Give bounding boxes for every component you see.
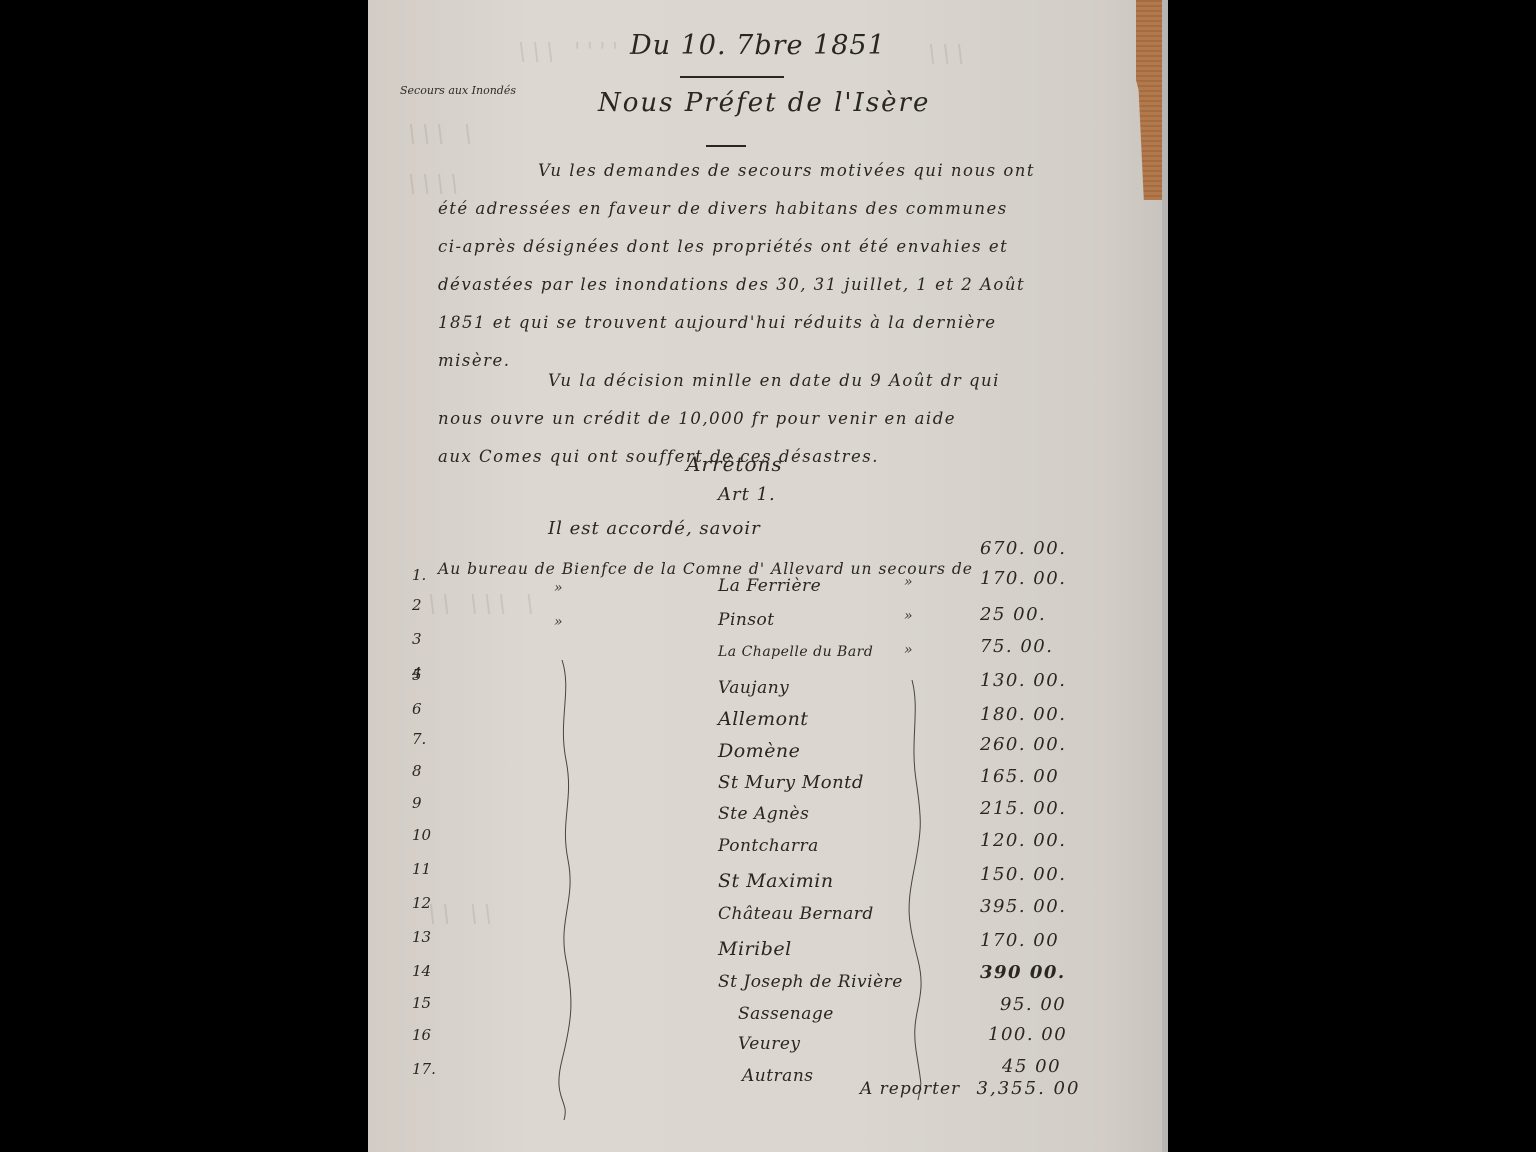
ditto-mark: » bbox=[554, 580, 563, 596]
row-number: 16 bbox=[412, 1026, 431, 1044]
paragraph-line: 1851 et qui se trouvent aujourd'hui rédu… bbox=[438, 304, 1035, 342]
ditto-brace-left-icon bbox=[558, 660, 576, 1120]
row-number: 8 bbox=[412, 762, 422, 780]
article-heading: Art 1. bbox=[718, 484, 776, 505]
row-number: 13 bbox=[412, 928, 431, 946]
carry-forward-total: A reporter 3,355. 00 bbox=[860, 1078, 1080, 1099]
row-amount: 390 00. bbox=[980, 962, 1066, 983]
row-amount: 165. 00 bbox=[980, 766, 1059, 787]
bleed-through-mark: \\\ '''' bbox=[518, 38, 624, 66]
row-amount: 670. 00. bbox=[980, 538, 1066, 559]
carry-forward-amount: 3,355. 00 bbox=[977, 1078, 1081, 1099]
row-amount: 120. 00. bbox=[980, 830, 1066, 851]
paragraph-line: nous ouvre un crédit de 10,000 fr pour v… bbox=[438, 400, 1000, 438]
row-amount: 130. 00. bbox=[980, 670, 1066, 691]
row-amount: 215. 00. bbox=[980, 798, 1066, 819]
row-commune: Sassenage bbox=[738, 1004, 834, 1024]
ditto-mark: » bbox=[904, 574, 913, 590]
paragraph-line: dévastées par les inondations des 30, 31… bbox=[438, 266, 1035, 304]
row-number: 10 bbox=[412, 826, 431, 844]
document-title: Nous Préfet de l'Isère bbox=[598, 88, 930, 118]
row-commune: Pinsot bbox=[718, 610, 775, 630]
document-date: Du 10. 7bre 1851 bbox=[630, 30, 886, 61]
row-number: 7. bbox=[412, 730, 426, 748]
row-commune: St Mury Montd bbox=[718, 772, 864, 793]
row-number: 1. bbox=[412, 566, 426, 584]
row-commune: Ste Agnès bbox=[718, 804, 809, 824]
row-commune: Miribel bbox=[718, 938, 792, 960]
row-number: 12 bbox=[412, 894, 431, 912]
row-commune: Domène bbox=[718, 740, 800, 762]
row-commune: Autrans bbox=[742, 1066, 814, 1086]
row-number: 5 bbox=[412, 666, 422, 684]
paragraph-line: ci-après désignées dont les propriétés o… bbox=[438, 228, 1035, 266]
row-number: 9 bbox=[412, 794, 422, 812]
row-amount: 150. 00. bbox=[980, 864, 1066, 885]
row-commune: Veurey bbox=[738, 1034, 801, 1054]
row-amount: 260. 00. bbox=[980, 734, 1066, 755]
row-commune: Vaujany bbox=[718, 678, 789, 698]
preamble-paragraph-1: Vu les demandes de secours motivées qui … bbox=[438, 152, 1035, 380]
row-commune: Allemont bbox=[718, 708, 808, 730]
date-underline bbox=[680, 76, 784, 78]
manuscript-page: \\\ '''' \\\ \\\ \ \\\\ \\ \\\ \ \\ \\ S… bbox=[368, 0, 1168, 1152]
paragraph-line: Vu les demandes de secours motivées qui … bbox=[438, 152, 1035, 190]
row-number: 6 bbox=[412, 700, 422, 718]
row-amount: 95. 00 bbox=[1000, 994, 1066, 1015]
bleed-through-mark: \\\ \ bbox=[408, 120, 478, 148]
row-number: 15 bbox=[412, 994, 431, 1012]
photo-frame: \\\ '''' \\\ \\\ \ \\\\ \\ \\\ \ \\ \\ S… bbox=[368, 0, 1168, 1152]
bleed-through-mark: \\\ bbox=[928, 40, 970, 68]
ditto-brace-right-icon bbox=[908, 680, 926, 1100]
article-intro: Il est accordé, savoir bbox=[548, 518, 761, 539]
decree-heading: Arrêtons bbox=[686, 452, 783, 476]
row-commune: Château Bernard bbox=[718, 904, 874, 924]
row-amount: 25 00. bbox=[980, 604, 1046, 625]
row-amount: 170. 00 bbox=[980, 930, 1059, 951]
paragraph-line: Vu la décision minlle en date du 9 Août … bbox=[438, 362, 1000, 400]
row-commune: St Joseph de Rivière bbox=[718, 972, 903, 992]
ditto-mark: » bbox=[904, 608, 913, 624]
row-amount: 75. 00. bbox=[980, 636, 1053, 657]
paragraph-line: été adressées en faveur de divers habita… bbox=[438, 190, 1035, 228]
row-commune: Pontcharra bbox=[718, 836, 819, 856]
ditto-mark: » bbox=[554, 614, 563, 630]
row-number: 2 bbox=[412, 596, 422, 614]
row-commune: La Ferrière bbox=[718, 576, 821, 596]
ditto-mark: » bbox=[904, 642, 913, 658]
margin-note: Secours aux Inondés bbox=[400, 84, 516, 97]
row-number: 17. bbox=[412, 1060, 436, 1078]
row-amount: 180. 00. bbox=[980, 704, 1066, 725]
row-lead-text: Au bureau de Bienfce de la Comne d' Alle… bbox=[438, 560, 973, 578]
row-amount: 395. 00. bbox=[980, 896, 1066, 917]
row-amount: 170. 00. bbox=[980, 568, 1066, 589]
row-number: 14 bbox=[412, 962, 431, 980]
row-number: 3 bbox=[412, 630, 422, 648]
row-amount: 45 00 bbox=[1002, 1056, 1061, 1077]
row-amount: 100. 00 bbox=[988, 1024, 1067, 1045]
title-underline bbox=[706, 145, 746, 147]
row-number: 11 bbox=[412, 860, 431, 878]
row-commune: La Chapelle du Bard bbox=[718, 644, 873, 660]
carry-forward-label: A reporter bbox=[860, 1079, 960, 1099]
row-commune: St Maximin bbox=[718, 870, 834, 892]
